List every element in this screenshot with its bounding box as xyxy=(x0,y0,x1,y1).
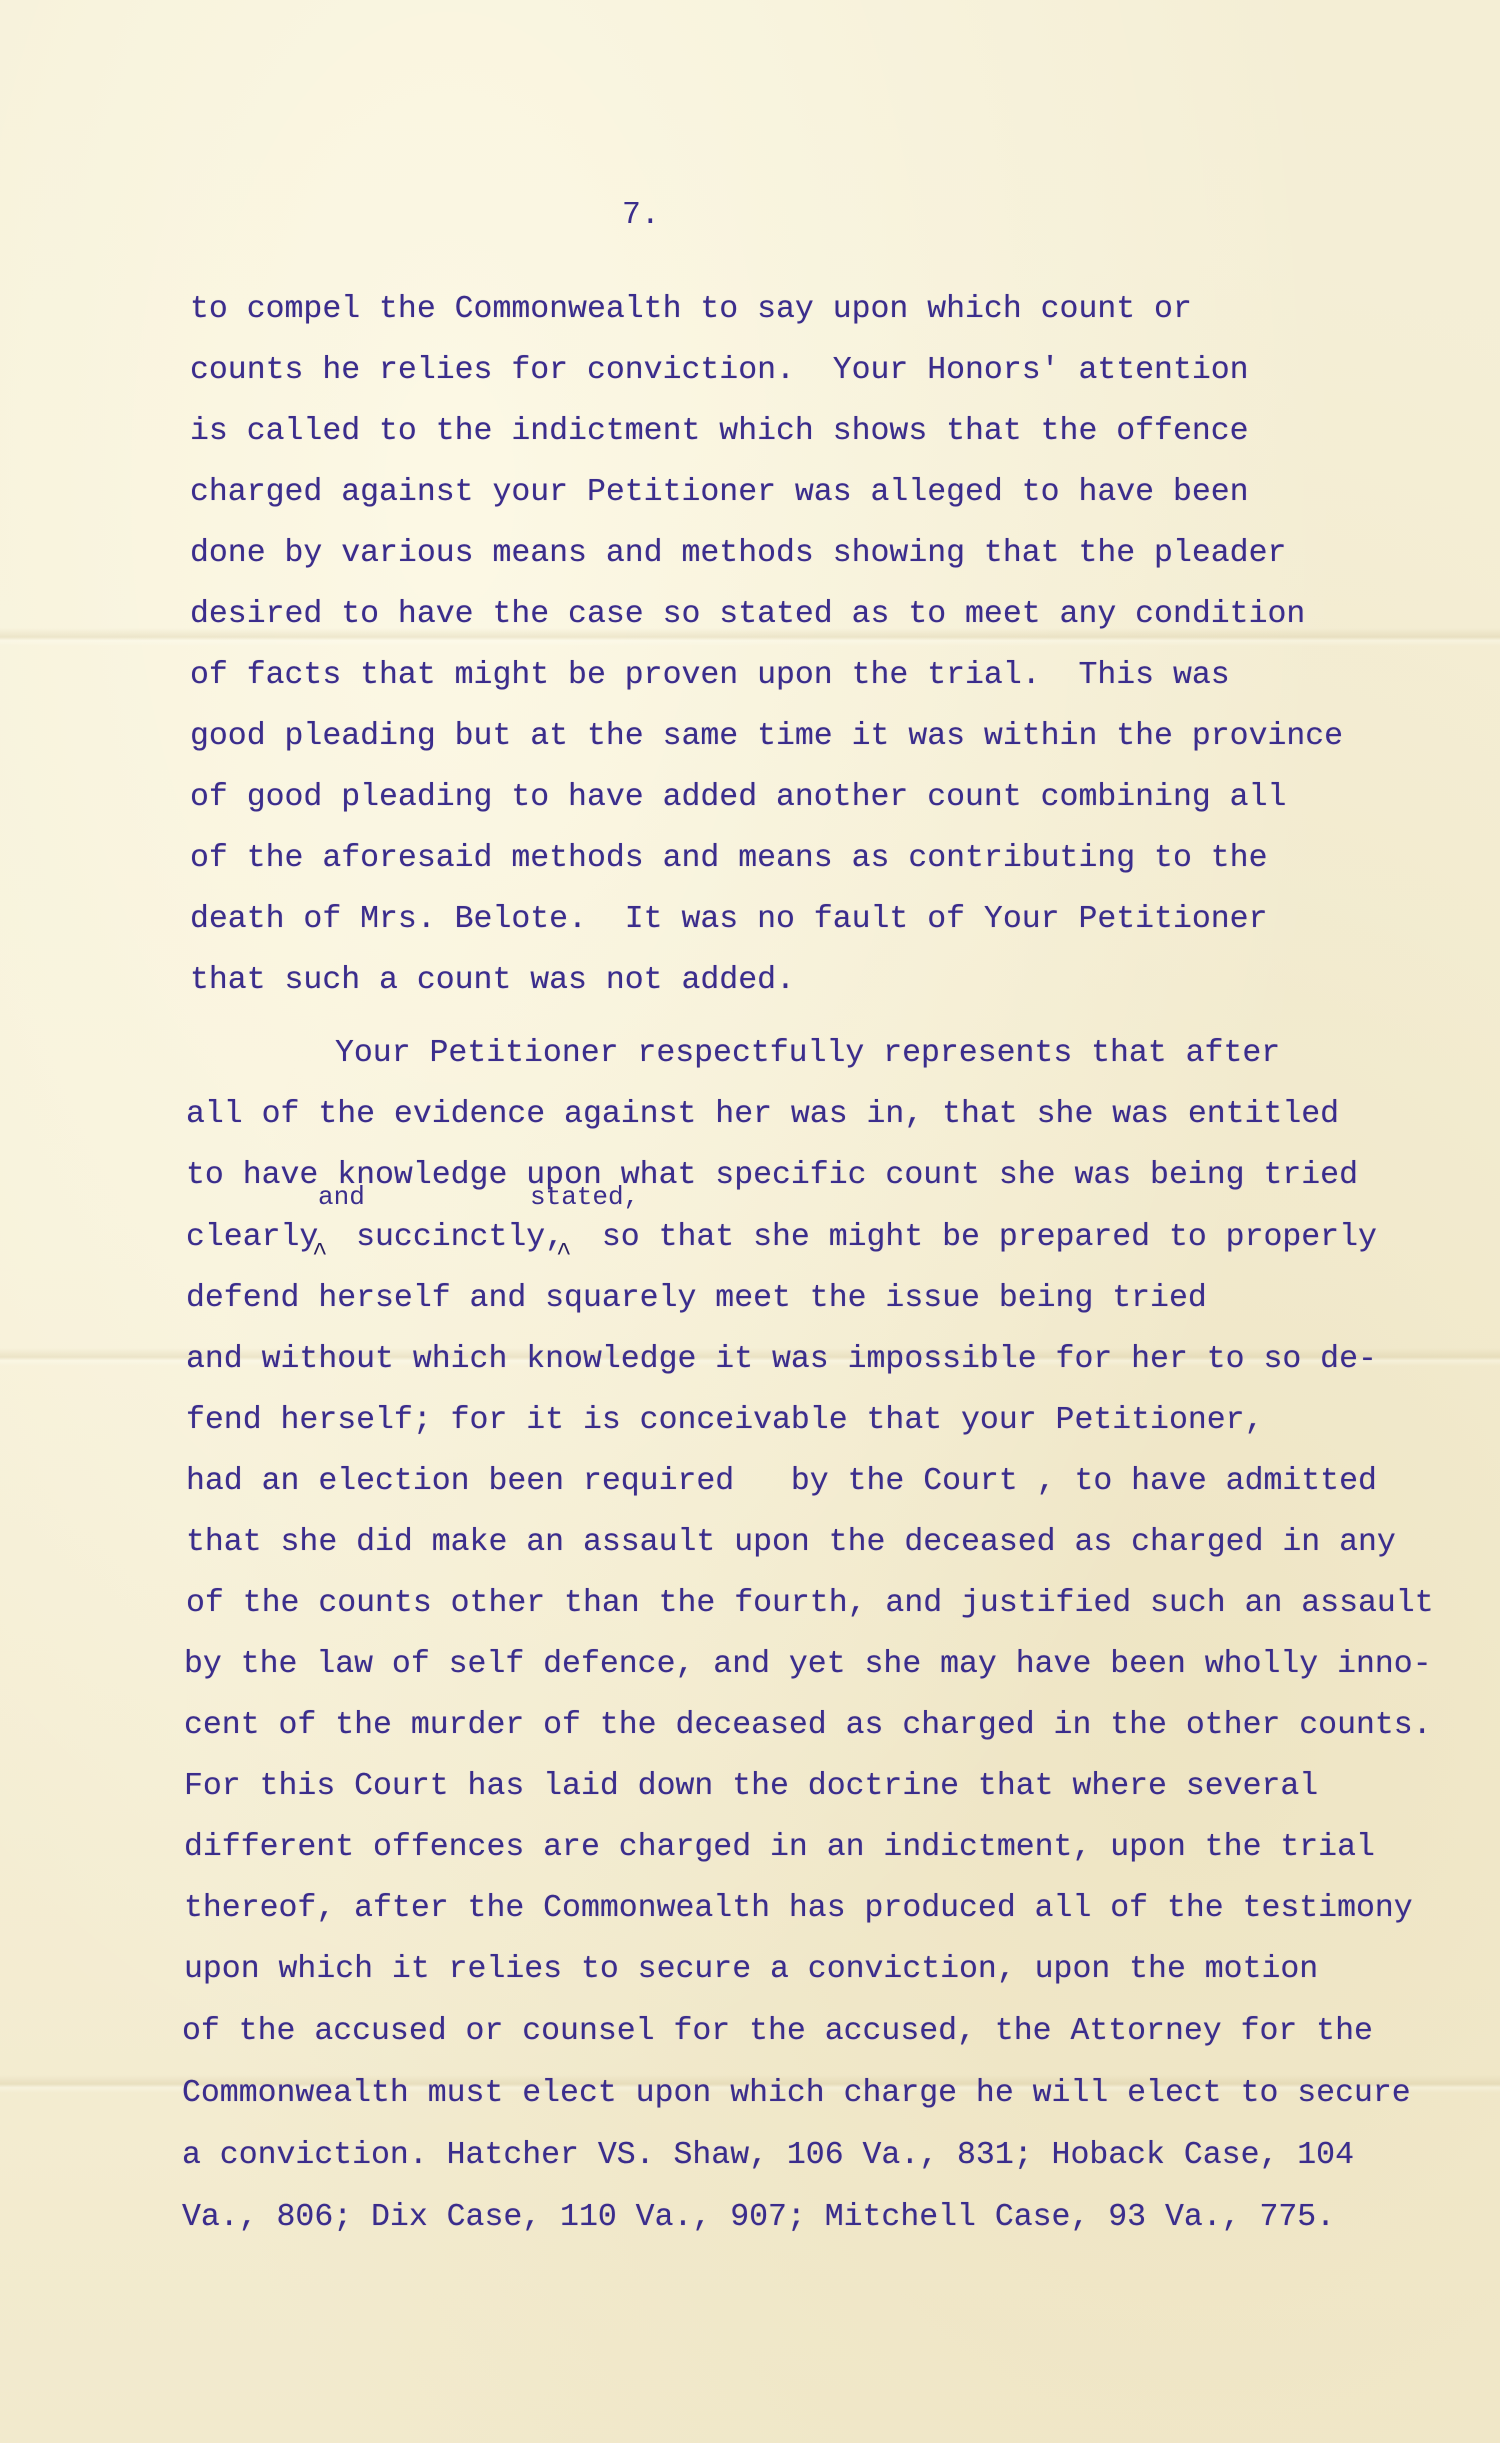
document-page: 7. to compel the Commonwealth to say upo… xyxy=(0,0,1500,2443)
text-line: is called to the indictment which shows … xyxy=(190,414,1249,450)
text-line: of the accused or counsel for the accuse… xyxy=(182,2014,1373,2050)
text-line: death of Mrs. Belote. It was no fault of… xyxy=(190,902,1267,938)
text-line: upon which it relies to secure a convict… xyxy=(184,1952,1318,1988)
insertion-caret: ^ xyxy=(312,1238,328,1268)
text-line: For this Court has laid down the doctrin… xyxy=(184,1769,1318,1805)
text-line: defend herself and squarely meet the iss… xyxy=(186,1281,1207,1317)
page-number: 7. xyxy=(622,198,660,233)
text-line: cent of the murder of the deceased as ch… xyxy=(184,1708,1432,1744)
text-line: of facts that might be proven upon the t… xyxy=(190,658,1230,694)
text-line: that such a count was not added. xyxy=(190,963,795,999)
text-line: all of the evidence against her was in, … xyxy=(186,1097,1339,1133)
text-line: of the counts other than the fourth, and… xyxy=(186,1586,1434,1622)
text-line: clearly succinctly, so that she might be… xyxy=(186,1220,1377,1256)
paragraph-start-line: Your Petitioner respectfully represents … xyxy=(335,1036,1280,1072)
text-line: charged against your Petitioner was alle… xyxy=(190,475,1249,511)
text-line: of the aforesaid methods and means as co… xyxy=(190,841,1267,877)
text-line: had an election been required by the Cou… xyxy=(186,1464,1377,1500)
text-line: desired to have the case so stated as to… xyxy=(190,597,1305,633)
text-line: thereof, after the Commonwealth has prod… xyxy=(184,1891,1413,1927)
citation-line: Va., 806; Dix Case, 110 Va., 907; Mitche… xyxy=(182,2200,1335,2236)
handwritten-insert-and: and xyxy=(318,1182,365,1212)
text-line: good pleading but at the same time it wa… xyxy=(190,719,1343,755)
text-line: fend herself; for it is conceivable that… xyxy=(186,1403,1263,1439)
text-line: different offences are charged in an ind… xyxy=(184,1830,1375,1866)
text-line: a conviction. Hatcher VS. Shaw, 106 Va.,… xyxy=(182,2138,1354,2174)
text-line: counts he relies for conviction. Your Ho… xyxy=(190,353,1249,389)
text-line: and without which knowledge it was impos… xyxy=(186,1342,1377,1378)
insertion-caret: ^ xyxy=(556,1238,572,1268)
text-line: to compel the Commonwealth to say upon w… xyxy=(190,292,1192,328)
text-line: that she did make an assault upon the de… xyxy=(186,1525,1396,1561)
text-line: of good pleading to have added another c… xyxy=(190,780,1286,816)
text-line: Commonwealth must elect upon which charg… xyxy=(182,2076,1411,2112)
text-line: done by various means and methods showin… xyxy=(190,536,1286,572)
handwritten-insert-stated: stated, xyxy=(530,1182,639,1212)
text-line: by the law of self defence, and yet she … xyxy=(184,1647,1432,1683)
